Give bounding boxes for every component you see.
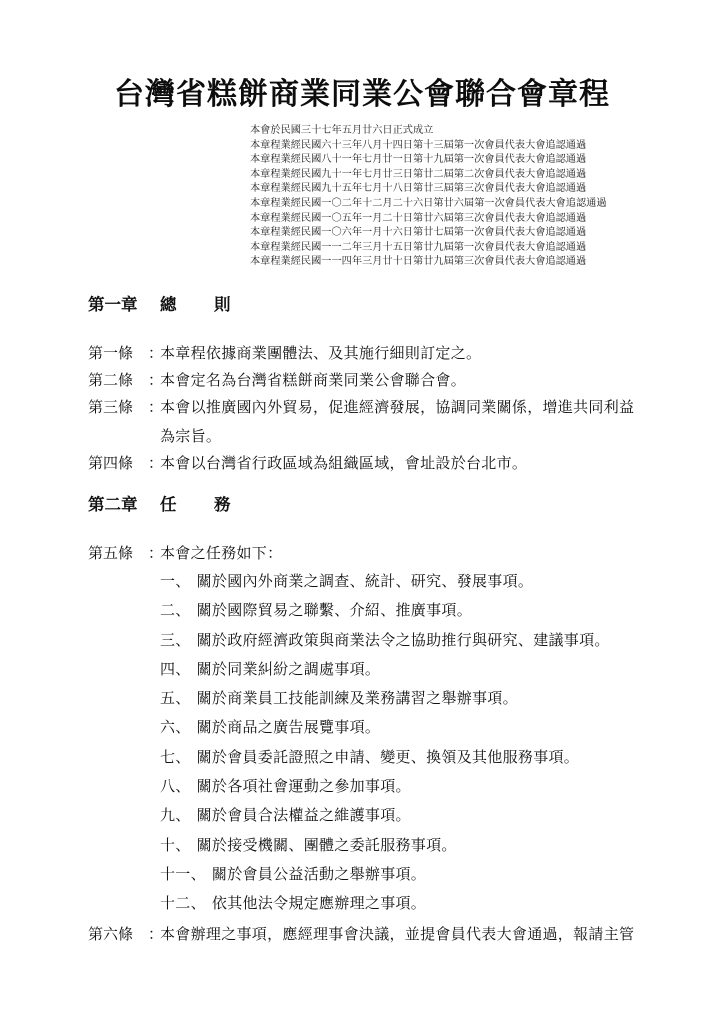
article-6: 第六條 ： 本會辦理之事項，應經理事會決議，並提會員代表大會通過，報請主管 bbox=[88, 920, 648, 949]
article-1: 第一條 ： 本章程依據商業團體法、及其施行細則訂定之。 bbox=[88, 339, 648, 368]
article-4: 第四條 ： 本會以台灣省行政區域為組織區域，會址設於台北市。 bbox=[88, 449, 648, 478]
item-number: 三、 bbox=[160, 626, 191, 655]
chapter-number: 第二章 bbox=[88, 493, 160, 517]
document-page: 台灣省糕餅商業同業公會聯合會章程 本會於民國三十七年五月廿六日正式成立 本章程業… bbox=[0, 0, 724, 1024]
article-3: 第三條 ： 本會以推廣國內外貿易，促進經濟發展，協調同業關係，增進共同利益為宗旨… bbox=[88, 393, 648, 450]
item-text: 關於接受機關、團體之委託服務事項。 bbox=[197, 836, 457, 854]
history-line: 本章程業經民國一一四年三月廿十日第廿九屆第三次會員代表大會追認通過 bbox=[250, 255, 607, 270]
list-item: 十二、依其他法令規定應辦理之事項。 bbox=[160, 889, 610, 918]
item-number: 五、 bbox=[160, 684, 191, 713]
item-number: 十一、 bbox=[160, 860, 206, 889]
article-colon: ： bbox=[148, 539, 163, 568]
chapter-heading: 第二章任務 bbox=[88, 493, 231, 517]
list-item: 二、關於國際貿易之聯繫、介紹、推廣事項。 bbox=[160, 596, 610, 625]
list-item: 六、關於商品之廣告展覽事項。 bbox=[160, 713, 610, 742]
item-text: 關於政府經濟政策與商業法令之協助推行與研究、建議事項。 bbox=[197, 631, 610, 649]
list-item: 七、關於會員委託證照之申請、變更、換領及其他服務事項。 bbox=[160, 743, 610, 772]
article-label: 第二條 bbox=[88, 366, 133, 395]
item-number: 七、 bbox=[160, 743, 191, 772]
history-line: 本章程業經民國一一二年三月十五日第廿九屆第一次會員代表大會追認通過 bbox=[250, 241, 607, 256]
item-number: 九、 bbox=[160, 801, 191, 830]
item-text: 關於各項社會運動之參加事項。 bbox=[197, 777, 411, 795]
article-colon: ： bbox=[148, 366, 163, 395]
item-number: 十二、 bbox=[160, 889, 206, 918]
article-5: 第五條 ： 本會之任務如下： bbox=[88, 539, 648, 568]
chapter-title-char: 務 bbox=[214, 493, 231, 517]
list-item: 十、關於接受機關、團體之委託服務事項。 bbox=[160, 831, 610, 860]
list-item: 九、關於會員合法權益之維護事項。 bbox=[160, 801, 610, 830]
list-item: 一、關於國內外商業之調查、統計、研究、發展事項。 bbox=[160, 567, 610, 596]
item-number: 六、 bbox=[160, 713, 191, 742]
chapter-title-char: 總 bbox=[160, 293, 214, 317]
article-colon: ： bbox=[148, 449, 163, 478]
item-text: 關於商業員工技能訓練及業務講習之舉辦事項。 bbox=[197, 689, 518, 707]
chapter-title-char: 則 bbox=[214, 293, 231, 317]
history-line: 本章程業經民國一〇二年十二月二十六日第廿六屆第一次會員代表大會追認通過 bbox=[250, 197, 607, 212]
article-label: 第四條 bbox=[88, 449, 133, 478]
article-text: 本章程依據商業團體法、及其施行細則訂定之。 bbox=[160, 339, 648, 368]
article-label: 第一條 bbox=[88, 339, 133, 368]
item-text: 關於國際貿易之聯繫、介紹、推廣事項。 bbox=[197, 601, 472, 619]
item-number: 二、 bbox=[160, 596, 191, 625]
item-number: 十、 bbox=[160, 831, 191, 860]
task-list: 一、關於國內外商業之調查、統計、研究、發展事項。 二、關於國際貿易之聯繫、介紹、… bbox=[160, 567, 610, 919]
chapter-heading: 第一章總則 bbox=[88, 293, 231, 317]
article-text: 本會辦理之事項，應經理事會決議，並提會員代表大會通過，報請主管 bbox=[160, 920, 648, 949]
item-text: 關於會員委託證照之申請、變更、換領及其他服務事項。 bbox=[197, 748, 580, 766]
article-text: 本會之任務如下： bbox=[160, 539, 648, 568]
item-text: 依其他法令規定應辦理之事項。 bbox=[212, 894, 426, 912]
list-item: 五、關於商業員工技能訓練及業務講習之舉辦事項。 bbox=[160, 684, 610, 713]
article-text: 本會以推廣國內外貿易，促進經濟發展，協調同業關係，增進共同利益為宗旨。 bbox=[160, 393, 648, 450]
chapter-title-char: 任 bbox=[160, 493, 214, 517]
chapter-number: 第一章 bbox=[88, 293, 160, 317]
amendment-history: 本會於民國三十七年五月廿六日正式成立 本章程業經民國六十三年八月十四日第十三屆第… bbox=[250, 124, 607, 270]
list-item: 三、關於政府經濟政策與商業法令之協助推行與研究、建議事項。 bbox=[160, 626, 610, 655]
article-label: 第六條 bbox=[88, 920, 133, 949]
list-item: 十一、關於會員公益活動之舉辦事項。 bbox=[160, 860, 610, 889]
item-number: 八、 bbox=[160, 772, 191, 801]
article-label: 第五條 bbox=[88, 539, 133, 568]
item-text: 關於會員合法權益之維護事項。 bbox=[197, 806, 411, 824]
article-text: 本會以台灣省行政區域為組織區域，會址設於台北市。 bbox=[160, 449, 648, 478]
item-number: 四、 bbox=[160, 655, 191, 684]
history-line: 本章程業經民國一〇六年一月十六日第廿七屆第一次會員代表大會追認通過 bbox=[250, 226, 607, 241]
item-text: 關於會員公益活動之舉辦事項。 bbox=[212, 865, 426, 883]
article-text: 本會定名為台灣省糕餅商業同業公會聯合會。 bbox=[160, 366, 648, 395]
item-text: 關於商品之廣告展覽事項。 bbox=[197, 718, 381, 736]
article-2: 第二條 ： 本會定名為台灣省糕餅商業同業公會聯合會。 bbox=[88, 366, 648, 395]
article-colon: ： bbox=[148, 393, 163, 422]
history-line: 本章程業經民國九十五年七月十八日第廿三屆第三次會員代表大會追認通過 bbox=[250, 182, 607, 197]
article-label: 第三條 bbox=[88, 393, 133, 422]
document-title: 台灣省糕餅商業同業公會聯合會章程 bbox=[0, 76, 724, 114]
list-item: 四、關於同業糾紛之調處事項。 bbox=[160, 655, 610, 684]
article-colon: ： bbox=[148, 339, 163, 368]
item-number: 一、 bbox=[160, 567, 191, 596]
list-item: 八、關於各項社會運動之參加事項。 bbox=[160, 772, 610, 801]
history-line: 本章程業經民國一〇五年一月二十日第廿六屆第三次會員代表大會追認通過 bbox=[250, 212, 607, 227]
article-colon: ： bbox=[148, 920, 163, 949]
history-line: 本章程業經民國九十一年七月廿三日第廿二屆第二次會員代表大會追認通過 bbox=[250, 168, 607, 183]
history-line: 本章程業經民國八十一年七月廿一日第十九屆第一次會員代表大會追認通過 bbox=[250, 153, 607, 168]
item-text: 關於同業糾紛之調處事項。 bbox=[197, 660, 381, 678]
history-line: 本章程業經民國六十三年八月十四日第十三屆第一次會員代表大會追認通過 bbox=[250, 139, 607, 154]
history-line: 本會於民國三十七年五月廿六日正式成立 bbox=[250, 124, 607, 139]
item-text: 關於國內外商業之調查、統計、研究、發展事項。 bbox=[197, 572, 534, 590]
